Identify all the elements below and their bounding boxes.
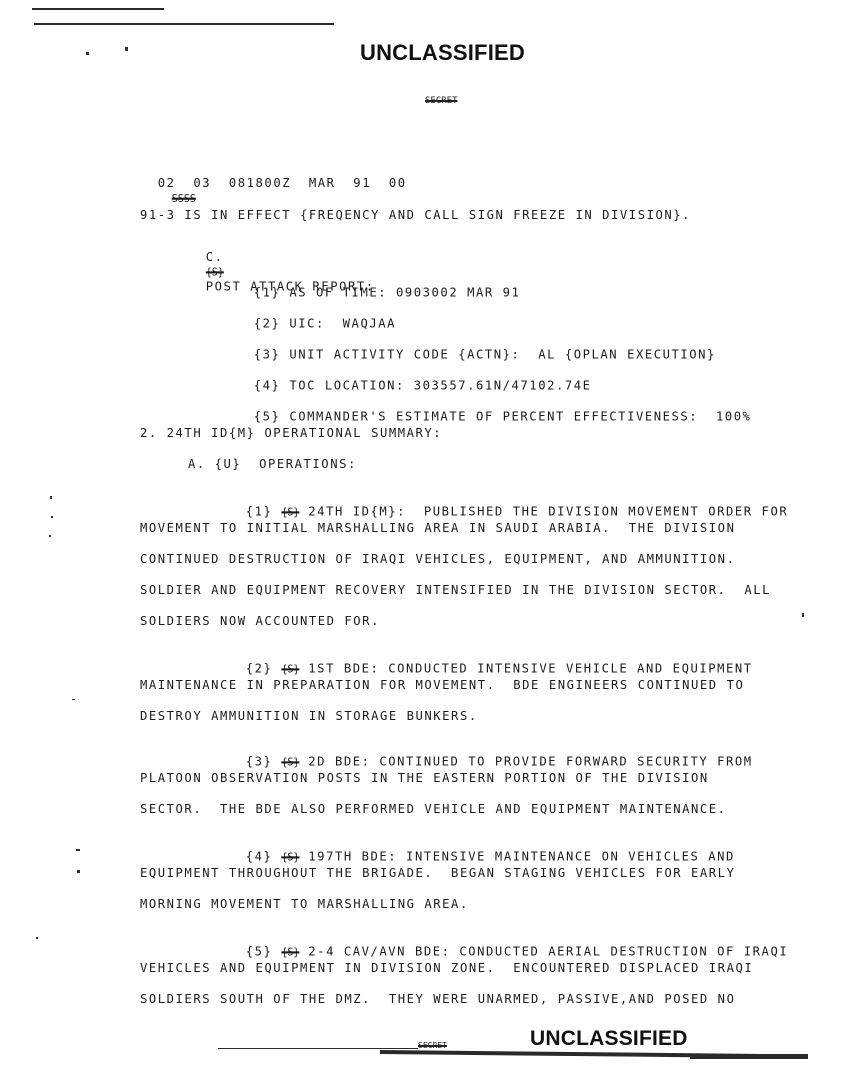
paragraph-number: {1} (246, 504, 273, 519)
paragraph-2-first-line: {2} {S} 1ST BDE: CONDUCTED INTENSIVE VEH… (228, 646, 753, 675)
scan-speck (72, 699, 75, 700)
paragraph-4-line: EQUIPMENT THROUGHOUT THE BRIGADE. BEGAN … (140, 866, 735, 881)
paragraph-1-line: CONTINUED DESTRUCTION OF IRAQI VEHICLES,… (140, 552, 735, 567)
report-item-1: {1} AS OF TIME: 0903002 MAR 91 (236, 270, 520, 299)
header-classification: UNCLASSIFIED (360, 40, 525, 66)
scan-artifact-top-1 (32, 8, 164, 10)
paragraph-3-line: SECTOR. THE BDE ALSO PERFORMED VEHICLE A… (140, 802, 727, 817)
item-text: AS OF TIME: 0903002 MAR 91 (289, 285, 520, 300)
paragraph-number: {4} (246, 849, 273, 864)
scan-speck (125, 47, 128, 51)
paragraph-1-first-line: {1} {S} 24TH ID{M}: PUBLISHED THE DIVISI… (228, 489, 788, 518)
paragraph-struck-marking: {S} (281, 757, 299, 769)
paragraph-3-first-line: {3} {S} 2D BDE: CONTINUED TO PROVIDE FOR… (228, 739, 753, 768)
body-intro-line: 91-3 IS IN EFFECT {FREQENCY AND CALL SIG… (140, 208, 691, 223)
section-c-struck: {S} (206, 267, 224, 279)
section-c-label: C. (206, 249, 224, 264)
footer-rule-thin (218, 1048, 418, 1049)
paragraph-1-line: SOLDIER AND EQUIPMENT RECOVERY INTENSIFI… (140, 583, 771, 598)
item-number: {5} (254, 409, 281, 424)
report-item-5: {5} COMMANDER'S ESTIMATE OF PERCENT EFFE… (236, 394, 752, 423)
paragraph-struck-marking: {S} (281, 852, 299, 864)
header-struck-marking: SECRET (425, 96, 458, 106)
scan-speck (86, 52, 89, 55)
scan-speck (49, 535, 51, 537)
item-text: TOC LOCATION: 303557.61N/47102.74E (289, 378, 591, 393)
item-number: {1} (254, 285, 281, 300)
paragraph-5-line: VEHICLES AND EQUIPMENT IN DIVISION ZONE.… (140, 961, 753, 976)
section-2-heading: 2. 24TH ID{M} OPERATIONAL SUMMARY: (140, 426, 442, 441)
paragraph-1-line: SOLDIERS NOW ACCOUNTED FOR. (140, 614, 380, 629)
scan-artifact-top-2 (34, 23, 334, 25)
item-text: UNIT ACTIVITY CODE {ACTN}: AL {OPLAN EXE… (289, 347, 716, 362)
footer-classification: UNCLASSIFIED (530, 1027, 688, 1051)
scan-speck (51, 516, 53, 518)
paragraph-number: {2} (246, 661, 273, 676)
footer-rule-thick-end (690, 1054, 808, 1059)
scan-speck (50, 496, 52, 499)
paragraph-text: 1ST BDE: CONDUCTED INTENSIVE VEHICLE AND… (308, 661, 752, 676)
report-item-2: {2} UIC: WAQJAA (236, 301, 396, 330)
paragraph-number: {5} (246, 944, 273, 959)
paragraph-text: 2-4 CAV/AVN BDE: CONDUCTED AERIAL DESTRU… (308, 944, 788, 959)
paragraph-text: 24TH ID{M}: PUBLISHED THE DIVISION MOVEM… (308, 504, 788, 519)
report-item-3: {3} UNIT ACTIVITY CODE {ACTN}: AL {OPLAN… (236, 332, 716, 361)
item-number: {2} (254, 316, 281, 331)
subsection-a-heading: A. {U} OPERATIONS: (188, 457, 357, 472)
message-struck-code: SSSS (172, 194, 196, 206)
paragraph-text: 2D BDE: CONTINUED TO PROVIDE FORWARD SEC… (308, 754, 752, 769)
report-item-4: {4} TOC LOCATION: 303557.61N/47102.74E (236, 363, 592, 392)
paragraph-struck-marking: {S} (281, 947, 299, 959)
message-header-line: 02 03 081800Z MAR 91 00 SSSS (140, 161, 407, 205)
scan-speck (36, 937, 38, 939)
paragraph-2-line: MAINTENANCE IN PREPARATION FOR MOVEMENT.… (140, 678, 744, 693)
paragraph-5-line: SOLDIERS SOUTH OF THE DMZ. THEY WERE UNA… (140, 992, 735, 1007)
item-number: {4} (254, 378, 281, 393)
paragraph-struck-marking: {S} (281, 507, 299, 519)
footer-struck-marking: SECRET (418, 1041, 447, 1050)
paragraph-5-first-line: {5} {S} 2-4 CAV/AVN BDE: CONDUCTED AERIA… (228, 929, 788, 958)
paragraph-2-line: DESTROY AMMUNITION IN STORAGE BUNKERS. (140, 709, 478, 724)
paragraph-4-line: MORNING MOVEMENT TO MARSHALLING AREA. (140, 897, 469, 912)
paragraph-3-line: PLATOON OBSERVATION POSTS IN THE EASTERN… (140, 771, 709, 786)
scan-speck (76, 849, 80, 851)
message-fields: 02 03 081800Z MAR 91 00 (158, 176, 407, 191)
paragraph-struck-marking: {S} (281, 664, 299, 676)
paragraph-4-first-line: {4} {S} 197TH BDE: INTENSIVE MAINTENANCE… (228, 834, 735, 863)
item-text: COMMANDER'S ESTIMATE OF PERCENT EFFECTIV… (289, 409, 751, 424)
paragraph-1-line: MOVEMENT TO INITIAL MARSHALLING AREA IN … (140, 521, 735, 536)
paragraph-text: 197TH BDE: INTENSIVE MAINTENANCE ON VEHI… (308, 849, 735, 864)
scan-speck (77, 870, 80, 873)
paragraph-number: {3} (246, 754, 273, 769)
scan-speck (802, 613, 804, 617)
item-number: {3} (254, 347, 281, 362)
item-text: UIC: WAQJAA (289, 316, 396, 331)
